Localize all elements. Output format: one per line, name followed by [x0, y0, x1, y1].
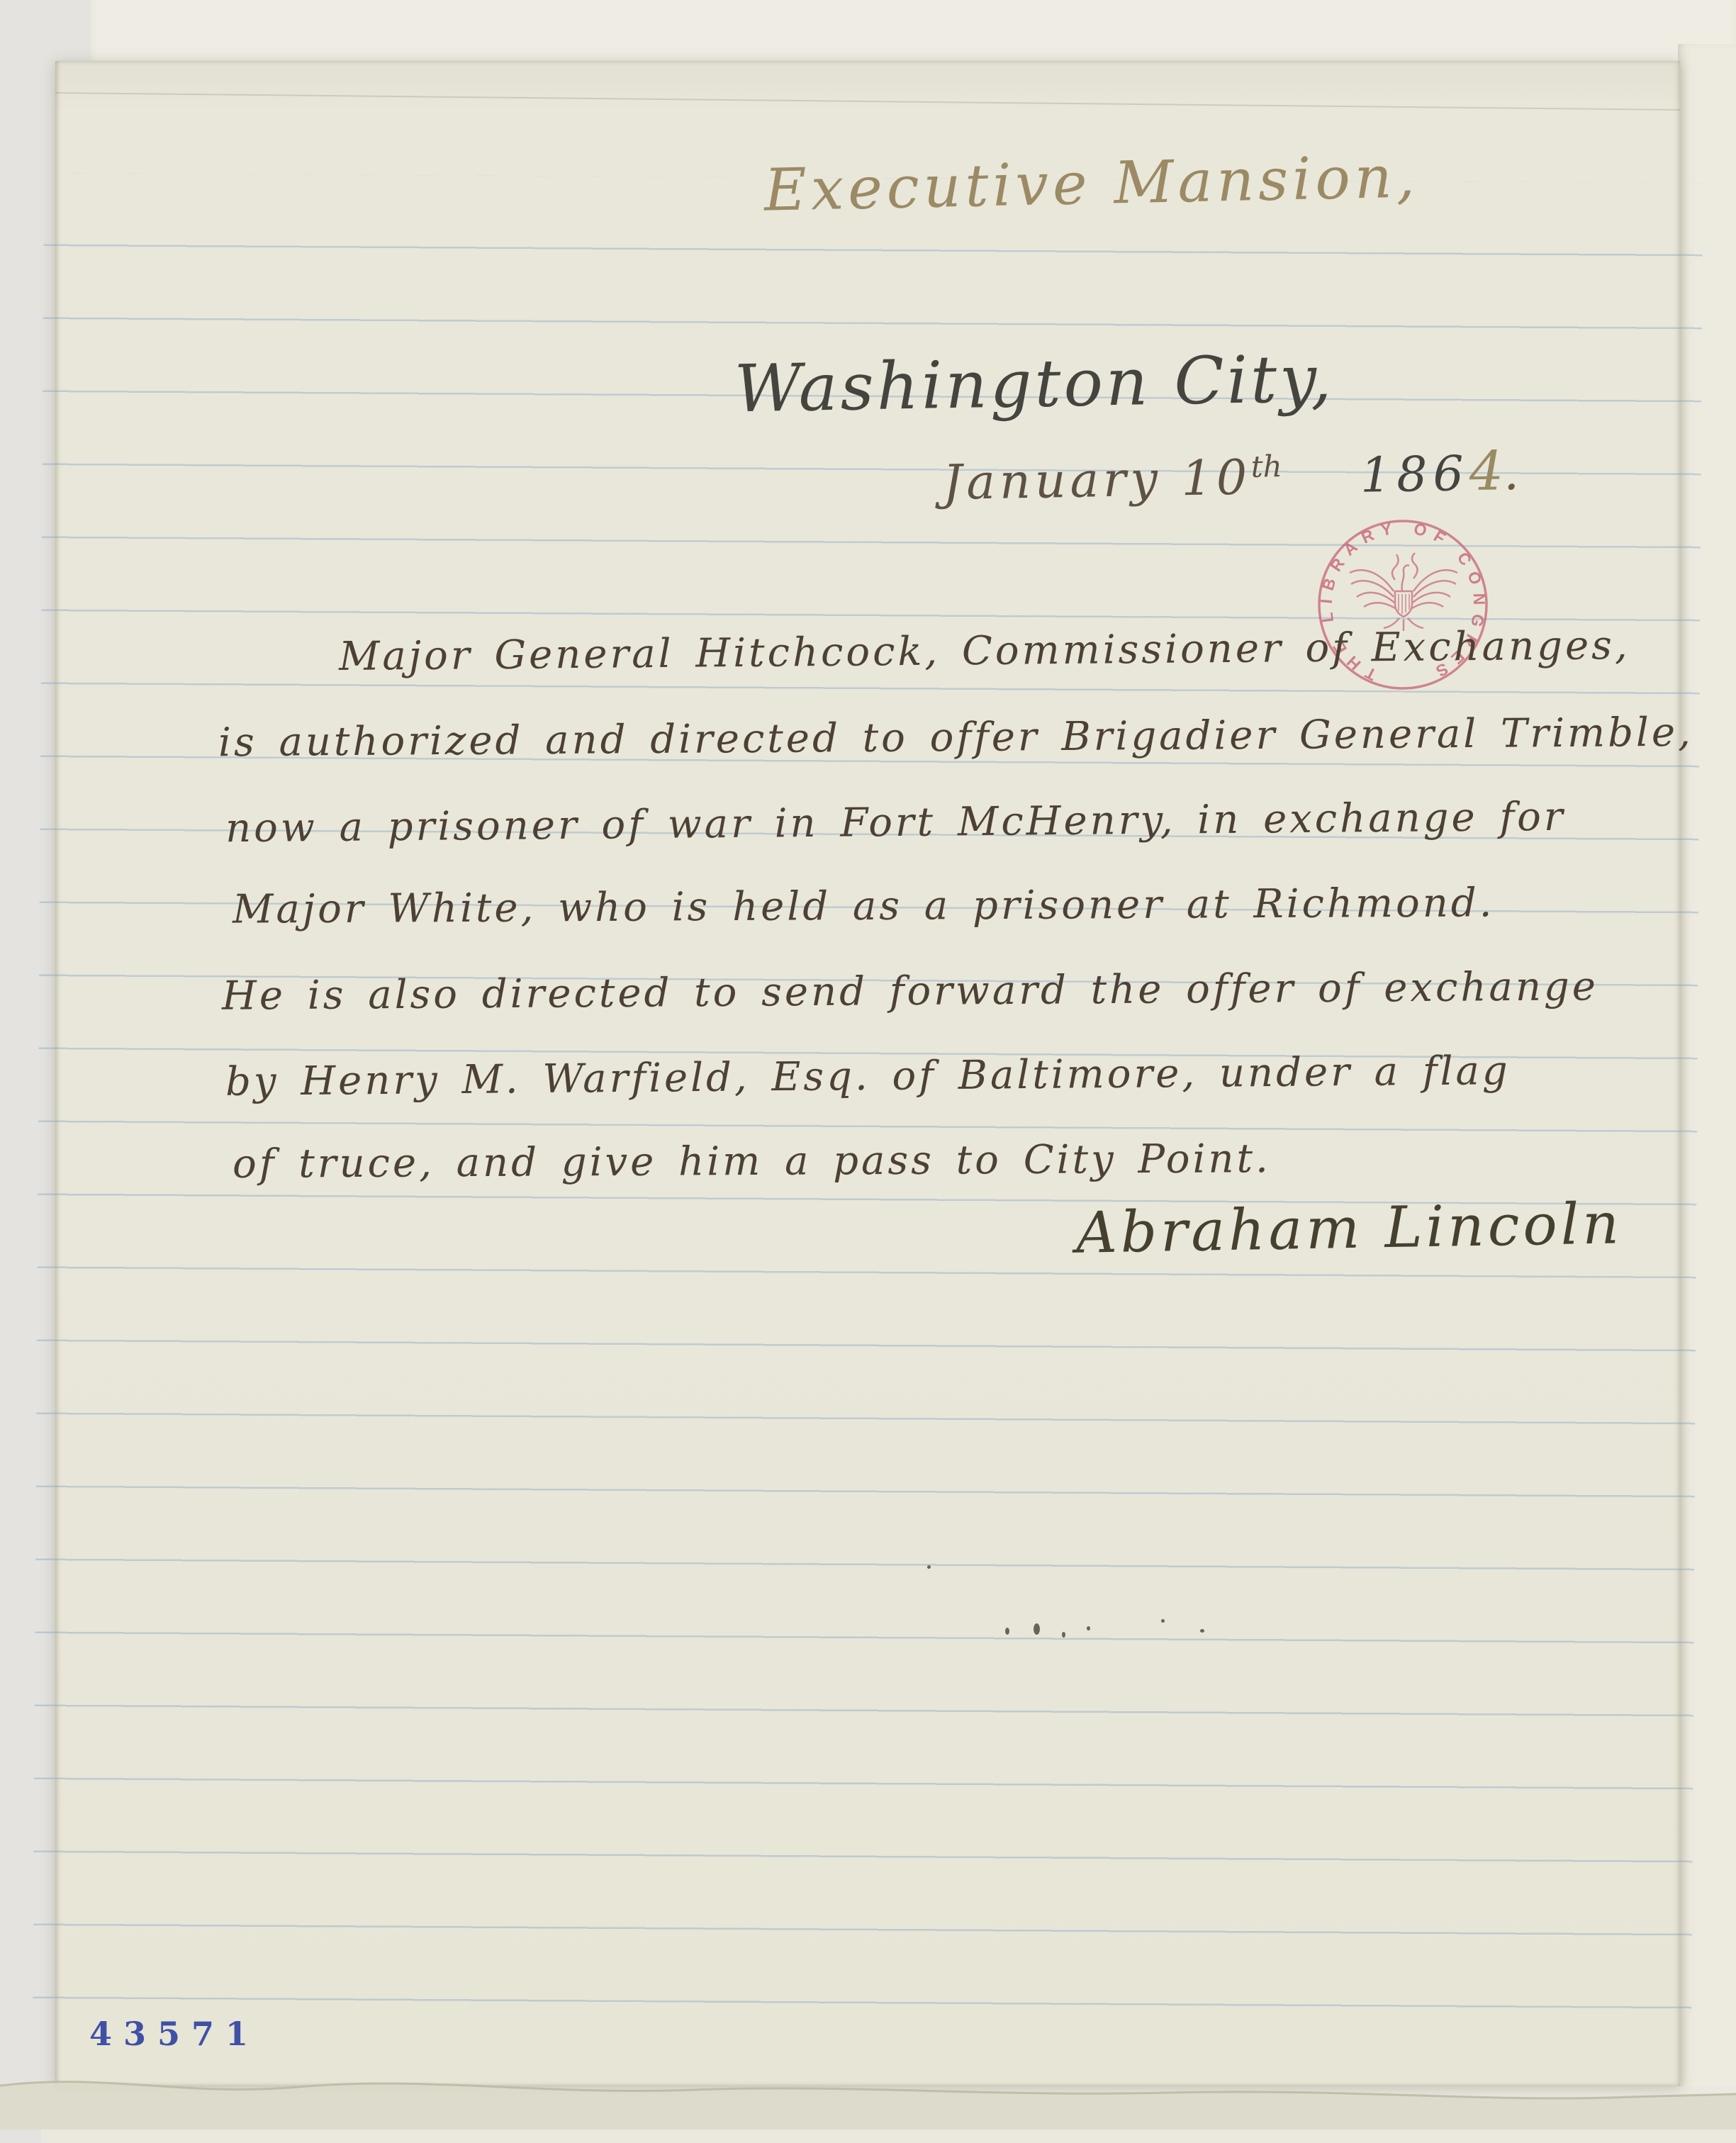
letter-body-line: of truce, and give him a pass to City Po… — [233, 1136, 1271, 1187]
ink-speck — [1005, 1628, 1009, 1635]
date-line: January 10th1864. — [942, 439, 1519, 512]
letterhead-washington-city: Washington City, — [734, 341, 1335, 427]
letter-paper: Executive Mansion, Washington City, Janu… — [55, 61, 1680, 2086]
date-ordinal: th — [1250, 449, 1282, 484]
signature-abraham-lincoln: Abraham Lincoln — [1075, 1190, 1623, 1265]
eagle-icon — [1350, 553, 1457, 631]
date-gap — [1282, 492, 1360, 493]
ink-speck — [1087, 1626, 1090, 1630]
date-year-handwritten-digit: 4 — [1469, 439, 1504, 503]
ink-speck — [1034, 1623, 1040, 1635]
paper-crease — [55, 92, 1680, 111]
date-year-printed: 186 — [1360, 446, 1469, 504]
ink-speck — [1161, 1619, 1165, 1623]
backing-sheet-top — [91, 0, 1736, 71]
letter-body-line: He is also directed to send forward the … — [222, 963, 1598, 1019]
scanned-document-page: Executive Mansion, Washington City, Janu… — [0, 0, 1736, 2143]
date-month-day: January 10 — [942, 450, 1251, 512]
bottom-fold-crease — [0, 2064, 1736, 2130]
catalog-number-stamp: 43571 — [89, 2015, 259, 2053]
ink-speck — [1062, 1632, 1065, 1638]
ink-speck — [927, 1565, 931, 1569]
date-period: . — [1503, 445, 1519, 501]
letterhead-executive-mansion: Executive Mansion, — [763, 143, 1419, 224]
letter-body-line: Major White, who is held as a prisoner a… — [233, 880, 1495, 932]
ink-speck — [1200, 1629, 1204, 1633]
